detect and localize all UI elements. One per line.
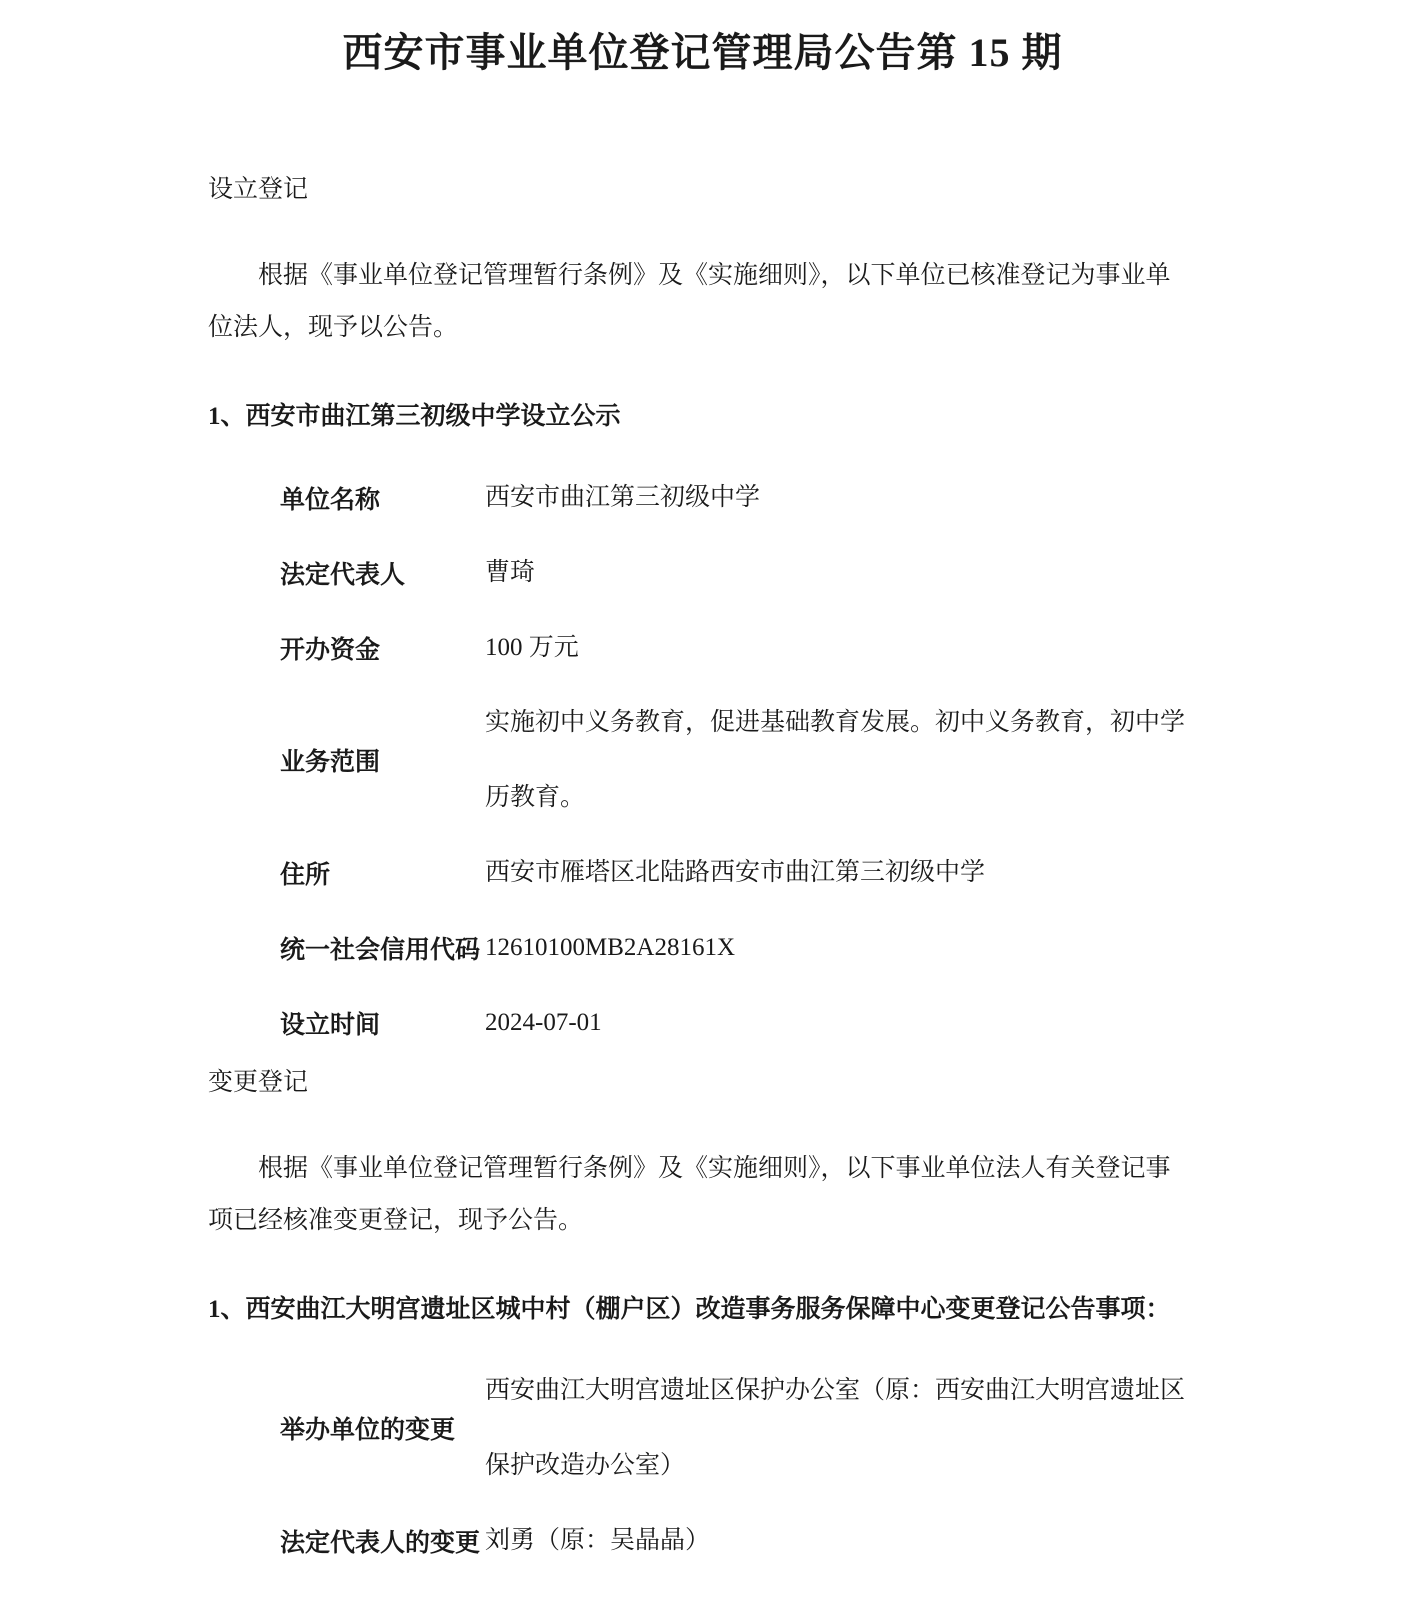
field-row-unit-name: 单位名称 西安市曲江第三初级中学 (208, 460, 1185, 535)
field-row-credit-code: 统一社会信用代码 12610100MB2A28161X (208, 910, 1185, 985)
document-page: 西安市事业单位登记管理局公告第 15 期 设立登记 根据《事业单位登记管理暂行条… (0, 0, 1405, 1578)
section-heading: 设立登记 (208, 175, 1185, 205)
item-heading: 1、西安市曲江第三初级中学设立公示 (208, 402, 1185, 432)
field-label: 住所 (280, 855, 485, 891)
field-row-legal-representative: 法定代表人 曹琦 (208, 535, 1185, 610)
field-label: 单位名称 (280, 480, 485, 516)
field-value: 100 万元 (485, 610, 1185, 685)
field-label: 法定代表人的变更 (280, 1523, 485, 1559)
section-establishment-registration: 设立登记 根据《事业单位登记管理暂行条例》及《实施细则》，以下单位已核准登记为事… (208, 175, 1185, 1060)
field-value: 西安市雁塔区北陆路西安市曲江第三初级中学 (485, 835, 1185, 910)
section-intro-paragraph: 根据《事业单位登记管理暂行条例》及《实施细则》，以下事业单位法人有关登记事项已经… (208, 1143, 1185, 1247)
field-value: 2024-07-01 (485, 985, 1185, 1060)
field-label: 设立时间 (280, 1005, 485, 1041)
field-value: 刘勇（原：吴晶晶） (485, 1503, 1185, 1578)
page-title: 西安市事业单位登记管理局公告第 15 期 (0, 25, 1405, 80)
field-value: 12610100MB2A28161X (485, 910, 1185, 985)
field-table: 举办单位的变更 西安曲江大明宫遗址区保护办公室（原：西安曲江大明宫遗址区保护改造… (208, 1353, 1185, 1578)
field-label: 开办资金 (280, 630, 485, 666)
document-content: 设立登记 根据《事业单位登记管理暂行条例》及《实施细则》，以下单位已核准登记为事… (208, 175, 1185, 1578)
field-value: 西安曲江大明宫遗址区保护办公室（原：西安曲江大明宫遗址区保护改造办公室） (485, 1353, 1185, 1503)
field-value: 曹琦 (485, 535, 1185, 610)
field-label: 业务范围 (280, 742, 485, 778)
field-row-establishment-date: 设立时间 2024-07-01 (208, 985, 1185, 1060)
field-row-business-scope: 业务范围 实施初中义务教育，促进基础教育发展。初中义务教育，初中学历教育。 (208, 685, 1185, 835)
field-row-legal-representative-change: 法定代表人的变更 刘勇（原：吴晶晶） (208, 1503, 1185, 1578)
field-row-address: 住所 西安市雁塔区北陆路西安市曲江第三初级中学 (208, 835, 1185, 910)
field-value: 实施初中义务教育，促进基础教育发展。初中义务教育，初中学历教育。 (485, 685, 1185, 835)
section-intro-paragraph: 根据《事业单位登记管理暂行条例》及《实施细则》，以下单位已核准登记为事业单位法人… (208, 250, 1185, 354)
section-change-registration: 变更登记 根据《事业单位登记管理暂行条例》及《实施细则》，以下事业单位法人有关登… (208, 1068, 1185, 1578)
field-table: 单位名称 西安市曲江第三初级中学 法定代表人 曹琦 开办资金 100 万元 业务… (208, 460, 1185, 1060)
field-label: 法定代表人 (280, 555, 485, 591)
section-heading: 变更登记 (208, 1068, 1185, 1098)
field-row-opening-funds: 开办资金 100 万元 (208, 610, 1185, 685)
field-label: 统一社会信用代码 (280, 930, 485, 966)
item-heading: 1、西安曲江大明宫遗址区城中村（棚户区）改造事务服务保障中心变更登记公告事项： (208, 1295, 1185, 1325)
field-row-sponsor-change: 举办单位的变更 西安曲江大明宫遗址区保护办公室（原：西安曲江大明宫遗址区保护改造… (208, 1353, 1185, 1503)
field-label: 举办单位的变更 (280, 1410, 485, 1446)
field-value: 西安市曲江第三初级中学 (485, 460, 1185, 535)
